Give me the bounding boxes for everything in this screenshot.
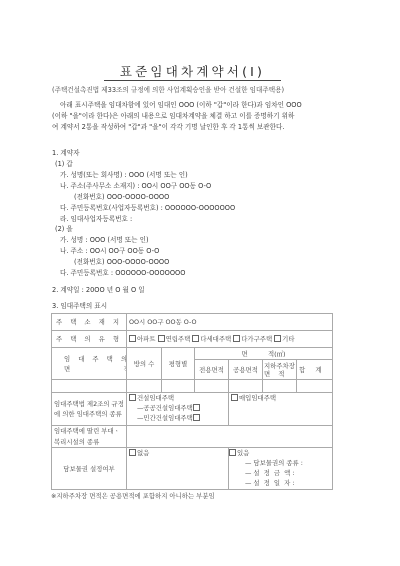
purchased-rental-cell: 매입임대주택 [229,393,333,426]
pyeong-label: 평형별 [162,348,195,380]
housing-kind-label: 임대주택법 제2조의 규정에 의한 임대주택의 종류 [52,393,127,426]
public-built-label: —공공건설임대주택 [137,404,193,412]
checkbox-private-built[interactable] [193,414,200,421]
party-b-heading: (2) 을 [55,223,73,233]
area-label-line2: 면 적 [64,364,124,374]
party-a-heading: (1) 갑 [55,158,73,168]
location-row: 주 택 소 재 지 OO시 OO구 OO동 O-O [52,314,333,331]
party-b-address: 나. 주소 : OO시 OO구 OO동 O-O [60,245,159,255]
document-title: 표준임대차계약서(Ⅰ) [104,64,281,81]
parking-label-line1: 지하주차장 [264,362,295,370]
option-label: 연립주택 [166,335,191,343]
option-label: 기타 [282,335,294,343]
checkbox-multi-family[interactable] [192,335,199,342]
type-label: 주 택 의 유 형 [52,331,127,348]
document-subtitle: (주택건설촉진법 제33조의 규정에 의한 사업계획승인을 받아 건설한 임대주… [52,84,284,94]
party-a-name: 가. 성명(또는 회사명) : OOO (서명 또는 인) [60,169,188,179]
area-label-line1: 임 대 주 택 의 [64,354,124,364]
party-a-rental-business-number: 라. 임대사업자등록번호 : [60,213,132,223]
mortgage-amount-field: — 설 정 금 액 : [229,468,330,478]
mortgage-none-cell: 없음 [127,448,229,490]
intro-paragraph: 아래 표시주택을 임대차함에 있어 임대인 OOO (이하 "갑"이라 한다)과… [52,100,337,133]
facilities-value[interactable] [127,426,333,448]
type-options: 아파트 연립주택 다세대주택 다가구주택 기타 [127,331,333,348]
type-row: 주 택 의 유 형 아파트 연립주택 다세대주택 다가구주택 기타 [52,331,333,348]
facilities-row: 임대주택에 딸린 부대ㆍ복리시설의 종류 [52,426,333,448]
rooms-label: 방의 수 [127,348,162,380]
location-label: 주 택 소 재 지 [52,314,127,331]
purchased-rental-label: 매입임대주택 [239,394,276,402]
rental-housing-table: 주 택 소 재 지 OO시 OO구 OO동 O-O 주 택 의 유 형 아파트 … [51,313,333,490]
mortgage-type-field: — 담보물권의 종류 : [229,458,330,468]
mortgage-label: 담보물권 설정여부 [52,448,127,490]
party-a-phone: (전화번호) OOO-OOOO-OOOO [74,191,169,201]
shared-area-label: 공용면적 [229,360,263,380]
parking-area-label: 지하주차장 면 적 [263,360,297,380]
intro-line: (이하 "을"이라 한다)은 아래의 내용으로 임대차계약을 체결 하고 이를 … [52,111,337,122]
intro-line: 여 계약서 2통을 작성하여 "갑"과 "을"이 각각 기명 날인한 후 각 1… [52,122,337,133]
section3-heading: 3. 임대주택의 표시 [52,300,107,310]
checkbox-public-built[interactable] [193,404,200,411]
checkbox-multi-household[interactable] [233,335,240,342]
checkbox-built-rental[interactable] [129,394,136,401]
shared-area-value[interactable] [229,380,263,393]
checkbox-other[interactable] [274,335,281,342]
location-value: OO시 OO구 OO동 O-O [127,314,333,331]
option-label: 다세대주택 [200,335,231,343]
housing-kind-row: 임대주택법 제2조의 규정에 의한 임대주택의 종류 건설임대주택 —공공건설임… [52,393,333,426]
intro-line: 아래 표시주택을 임대차함에 있어 임대인 OOO (이하 "갑"이라 한다)과… [52,100,337,111]
party-b-name: 가. 성명 : OOO (서명 또는 인) [60,234,149,244]
area-header-row: 임 대 주 택 의 면 적 방의 수 평형별 면 적(㎡) [52,348,333,360]
mortgage-exists-label: 있음 [237,449,249,457]
party-b-phone: (전화번호) OOO-OOOO-OOOO [74,256,169,266]
total-label: 합 계 [297,360,333,380]
pyeong-value[interactable] [162,380,195,393]
checkbox-mortgage-exists[interactable] [229,449,236,456]
exclusive-area-value[interactable] [195,380,229,393]
mortgage-none-label: 없음 [137,449,149,457]
built-rental-cell: 건설임대주택 —공공건설임대주택 —민간건설임대주택 [127,393,229,426]
rooms-value[interactable] [127,380,162,393]
parking-footnote: ※지하주차장 면적은 공용면적에 포함하지 아니하는 부분임 [51,491,215,500]
area-header: 면 적(㎡) [195,348,333,360]
party-b-id-number: 다. 주민등록번호 : OOOOOO-OOOOOOO [60,267,185,277]
total-area-value[interactable] [297,380,333,393]
mortgage-row: 담보물권 설정여부 없음 있음 — 담보물권의 종류 : — 설 정 금 액 :… [52,448,333,490]
checkbox-row-house[interactable] [158,335,165,342]
option-label: 아파트 [137,335,156,343]
option-label: 다가구주택 [241,335,272,343]
built-rental-label: 건설임대주택 [137,394,174,402]
contract-date: 2. 계약일 : 20OO 년 O 월 O 일 [52,284,145,294]
checkbox-purchased-rental[interactable] [231,394,238,401]
area-label: 임 대 주 택 의 면 적 [52,348,127,380]
parking-label-line2: 면 적 [264,370,295,378]
area-value-row [52,380,333,393]
checkbox-apartment[interactable] [129,335,136,342]
facilities-label: 임대주택에 딸린 부대ㆍ복리시설의 종류 [52,426,127,448]
exclusive-area-label: 전용면적 [195,360,229,380]
party-a-address: 나. 주소(주사무소 소재지) : OO시 OO구 OO동 O-O [60,180,211,190]
mortgage-exists-cell: 있음 — 담보물권의 종류 : — 설 정 금 액 : — 설 정 일 자 : [229,448,333,490]
parking-area-value[interactable] [263,380,297,393]
checkbox-mortgage-none[interactable] [129,449,136,456]
party-a-id-number: 다. 주민등록번호(사업자등록번호) : OOOOOO-OOOOOOO [60,202,235,212]
mortgage-date-field: — 설 정 일 자 : [229,478,330,488]
private-built-label: —민간건설임대주택 [137,414,193,422]
area-value-spacer [52,380,127,393]
section1-heading: 1. 계약자 [52,147,80,157]
